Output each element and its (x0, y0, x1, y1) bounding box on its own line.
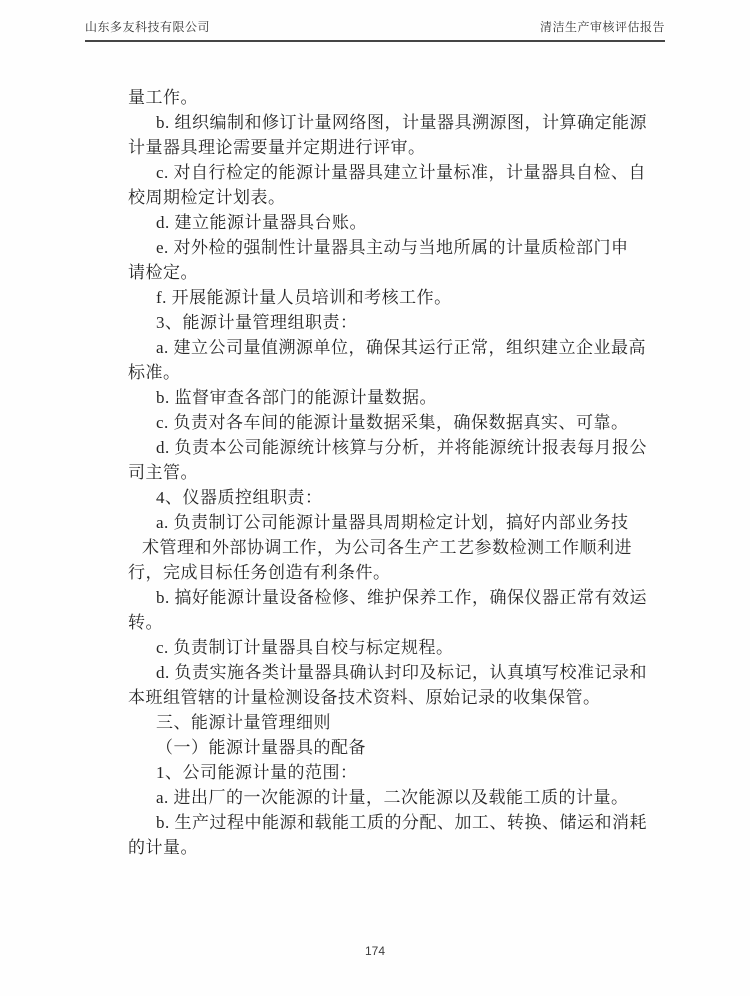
text-line: 校周期检定计划表。 (128, 185, 633, 210)
text-line: 司主管。 (128, 460, 633, 485)
text-line: b. 组织编制和修订计量网络图，计量器具溯源图，计算确定能源 (128, 110, 633, 135)
text-line: d. 负责实施各类计量器具确认封印及标记，认真填写校准记录和 (128, 660, 633, 685)
text-line: 量工作。 (128, 85, 633, 110)
page-footer: 174 (0, 944, 750, 958)
page-header: 山东多友科技有限公司 清洁生产审核评估报告 (85, 18, 665, 42)
text-line: b. 监督审查各部门的能源计量数据。 (128, 385, 633, 410)
text-line: d. 负责本公司能源统计核算与分析，并将能源统计报表每月报公 (128, 435, 633, 460)
text-line: 4、仪器质控组职责： (128, 485, 633, 510)
text-line: 1、公司能源计量的范围： (128, 760, 633, 785)
text-line: （一）能源计量器具的配备 (128, 735, 633, 760)
text-line: f. 开展能源计量人员培训和考核工作。 (128, 285, 633, 310)
page-number: 174 (365, 944, 385, 958)
text-line: b. 搞好能源计量设备检修、维护保养工作，确保仪器正常有效运 (128, 585, 633, 610)
text-line: e. 对外检的强制性计量器具主动与当地所属的计量质检部门申 (128, 235, 633, 260)
text-line: b. 生产过程中能源和载能工质的分配、加工、转换、储运和消耗 (128, 810, 633, 835)
document-page: 山东多友科技有限公司 清洁生产审核评估报告 量工作。b. 组织编制和修订计量网络… (0, 0, 750, 996)
text-line: 三、能源计量管理细则 (128, 710, 633, 735)
text-line: 标准。 (128, 360, 633, 385)
text-line: 计量器具理论需要量并定期进行评审。 (128, 135, 633, 160)
text-line: a. 负责制订公司能源计量器具周期检定计划，搞好内部业务技 (128, 510, 633, 535)
text-line: d. 建立能源计量器具台账。 (128, 210, 633, 235)
text-line: 3、能源计量管理组职责： (128, 310, 633, 335)
text-line: 的计量。 (128, 835, 633, 860)
text-line: c. 负责制订计量器具自校与标定规程。 (128, 635, 633, 660)
text-line: 转。 (128, 610, 633, 635)
header-company-name: 山东多友科技有限公司 (85, 18, 210, 35)
text-line: 术管理和外部协调工作，为公司各生产工艺参数检测工作顺利进 (128, 535, 633, 560)
text-line: c. 对自行检定的能源计量器具建立计量标准，计量器具自检、自 (128, 160, 633, 185)
text-line: a. 进出厂的一次能源的计量，二次能源以及载能工质的计量。 (128, 785, 633, 810)
text-line: a. 建立公司量值溯源单位，确保其运行正常，组织建立企业最高 (128, 335, 633, 360)
document-body: 量工作。b. 组织编制和修订计量网络图，计量器具溯源图，计算确定能源计量器具理论… (128, 85, 633, 860)
header-report-title: 清洁生产审核评估报告 (540, 18, 665, 35)
text-line: c. 负责对各车间的能源计量数据采集，确保数据真实、可靠。 (128, 410, 633, 435)
text-line: 请检定。 (128, 260, 633, 285)
text-line: 行，完成目标任务创造有利条件。 (128, 560, 633, 585)
text-line: 本班组管辖的计量检测设备技术资料、原始记录的收集保管。 (128, 685, 633, 710)
